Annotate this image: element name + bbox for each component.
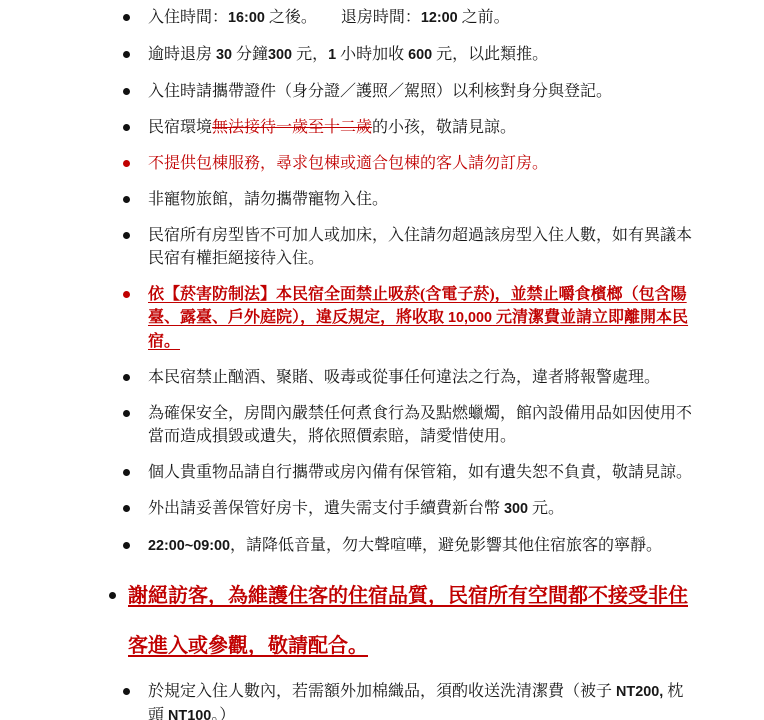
bullet-icon	[123, 291, 130, 298]
rule-text: 入住時間：16:00 之後。 退房時間：12:00 之前。	[148, 9, 510, 26]
rule-no-visitors: 謝絕訪客，為維護住客的住宿品質，民宿所有空間都不接受非住客進入或參觀，敬請配合。	[108, 571, 696, 671]
rule-text: 逾時退房 30 分鐘300 元，1 小時加收 600 元，以此類推。	[148, 46, 548, 63]
bullet-icon	[123, 88, 130, 95]
bullet-icon	[123, 410, 130, 417]
bullet-icon	[123, 196, 130, 203]
rule-late-checkout-fee: 逾時退房 30 分鐘300 元，1 小時加收 600 元，以此類推。	[122, 43, 696, 67]
rule-no-whole-house-booking: 不提供包棟服務，尋求包棟或適合包棟的客人請勿訂房。	[122, 152, 696, 175]
rule-no-children: 民宿環境無法接待一歲至十二歲的小孩，敬請見諒。	[122, 116, 696, 139]
bullet-icon	[123, 542, 130, 549]
rule-text: 本民宿禁止酗酒、聚賭、吸毒或從事任何違法之行為，違者將報警處理。	[148, 369, 660, 386]
rule-text: 非寵物旅館，請勿攜帶寵物入住。	[148, 191, 388, 208]
rule-text: 外出請妥善保管好房卡，遺失需支付手續費新台幣 300 元。	[148, 500, 564, 517]
rule-text: 不提供包棟服務，尋求包棟或適合包棟的客人請勿訂房。	[148, 155, 548, 172]
rule-text: 22:00~09:00，請降低音量，勿大聲喧嘩，避免影響其他住宿旅客的寧靜。	[148, 537, 662, 554]
bullet-icon	[123, 14, 130, 21]
bullet-icon	[123, 505, 130, 512]
rule-no-pets: 非寵物旅館，請勿攜帶寵物入住。	[122, 188, 696, 211]
rule-no-cooking: 為確保安全，房間內嚴禁任何煮食行為及點燃蠟燭，館內設備用品如因使用不當而造成損毀…	[122, 402, 696, 448]
rule-room-card: 外出請妥善保管好房卡，遺失需支付手續費新台幣 300 元。	[122, 497, 696, 521]
rule-text: 個人貴重物品請自行攜帶或房內備有保管箱，如有遺失恕不負責，敬請見諒。	[148, 464, 692, 481]
rule-id-documents: 入住時請攜帶證件（身分證／護照／駕照）以利核對身分與登記。	[122, 80, 696, 103]
rule-text: 入住時請攜帶證件（身分證／護照／駕照）以利核對身分與登記。	[148, 83, 612, 100]
rule-text: 於規定入住人數內，若需額外加棉織品，須酌收送洗清潔費（被子 NT200, 枕頭 …	[148, 683, 683, 720]
rule-checkin-checkout: 入住時間：16:00 之後。 退房時間：12:00 之前。	[122, 6, 696, 30]
bullet-icon	[109, 592, 116, 599]
rule-text: 民宿環境無法接待一歲至十二歲的小孩，敬請見諒。	[148, 119, 516, 136]
house-rules-list: 入住時間：16:00 之後。 退房時間：12:00 之前。逾時退房 30 分鐘3…	[122, 6, 696, 720]
rule-text: 民宿所有房型皆不可加人或加床，入住請勿超過該房型入住人數，如有異議本民宿有權拒絕…	[148, 227, 692, 267]
rule-no-smoking: 依【菸害防制法】本民宿全面禁止吸菸(含電子菸)，並禁止嚼食檳榔（包含陽臺、露臺、…	[122, 283, 696, 353]
rule-quiet-hours: 22:00~09:00，請降低音量，勿大聲喧嘩，避免影響其他住宿旅客的寧靜。	[122, 534, 696, 558]
bullet-icon	[123, 51, 130, 58]
bullet-icon	[123, 469, 130, 476]
rule-extra-bedding-fee: 於規定入住人數內，若需額外加棉織品，須酌收送洗清潔費（被子 NT200, 枕頭 …	[122, 680, 696, 720]
bullet-icon	[123, 160, 130, 167]
rule-valuables: 個人貴重物品請自行攜帶或房內備有保管箱，如有遺失恕不負責，敬請見諒。	[122, 461, 696, 484]
house-rules-page: 入住時間：16:00 之後。 退房時間：12:00 之前。逾時退房 30 分鐘3…	[0, 0, 764, 720]
bullet-icon	[123, 124, 130, 131]
rule-text: 為確保安全，房間內嚴禁任何煮食行為及點燃蠟燭，館內設備用品如因使用不當而造成損毀…	[148, 405, 692, 445]
rule-no-illegal-activities: 本民宿禁止酗酒、聚賭、吸毒或從事任何違法之行為，違者將報警處理。	[122, 366, 696, 389]
bullet-icon	[123, 374, 130, 381]
rule-no-extra-guests: 民宿所有房型皆不可加人或加床，入住請勿超過該房型入住人數，如有異議本民宿有權拒絕…	[122, 224, 696, 270]
rule-text: 謝絕訪客，為維護住客的住宿品質，民宿所有空間都不接受非住客進入或參觀，敬請配合。	[128, 585, 688, 657]
bullet-icon	[123, 232, 130, 239]
rule-text: 依【菸害防制法】本民宿全面禁止吸菸(含電子菸)，並禁止嚼食檳榔（包含陽臺、露臺、…	[148, 286, 688, 350]
bullet-icon	[123, 688, 130, 695]
